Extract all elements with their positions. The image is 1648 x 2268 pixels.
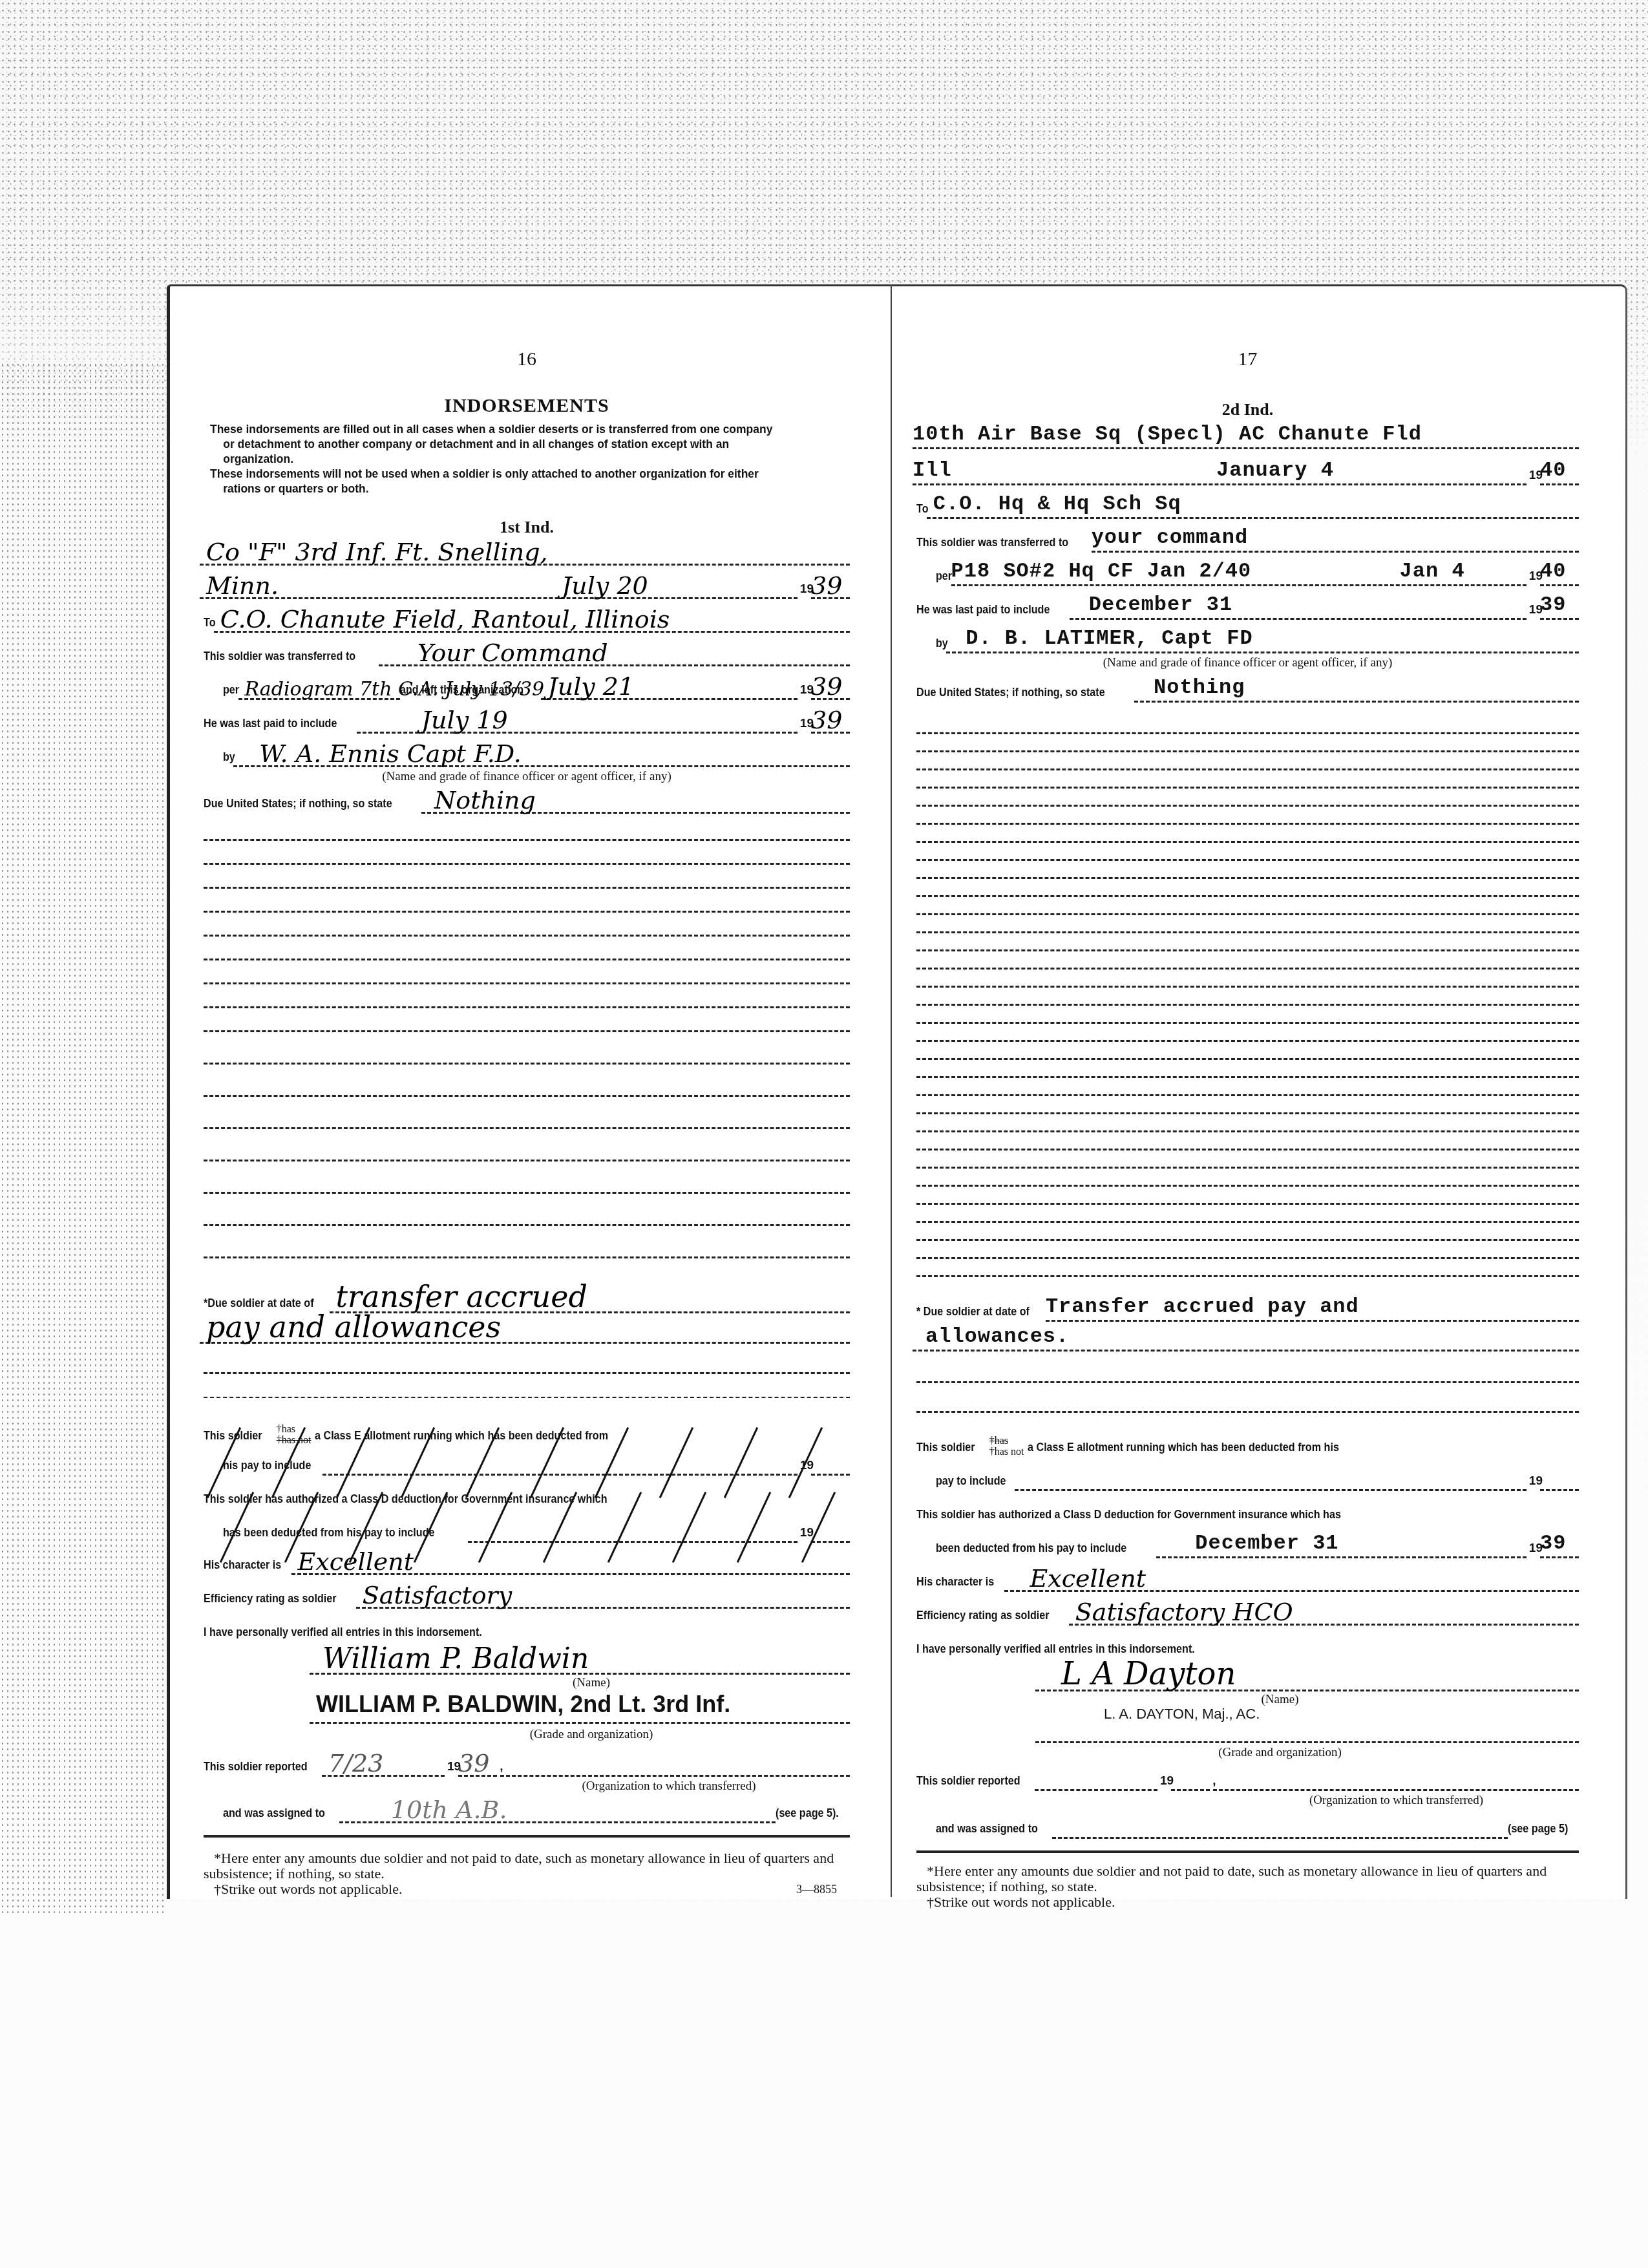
character-field[interactable]: Excellent [1004,1563,1579,1592]
by-field[interactable]: W. A. Ennis Capt F.D. [233,738,850,767]
last-paid-year-field[interactable]: 39 [811,705,850,734]
instruction-2: These indorsements will not be used when… [210,467,781,496]
from-value-2: Ill [913,458,952,482]
transferred-line: This soldier was transferred to your com… [916,524,1579,553]
to-line: To C.O. Hq & Hq Sch Sq [916,491,1579,519]
due-soldier-line: * Due soldier at date of Transfer accrue… [916,1293,1579,1322]
verified-text: I have personally verified all entries i… [204,1626,482,1642]
efficiency-field[interactable]: Satisfactory HCO [1069,1596,1579,1626]
due-soldier-line-2: pay and allowances [204,1315,850,1344]
blank-line[interactable] [916,823,1579,825]
reported-date-field[interactable] [1035,1762,1157,1791]
last-paid-value: July 19 [421,706,508,734]
left-org-year: 40 [1540,559,1566,583]
due-soldier-value-1: transfer accrued [336,1279,587,1314]
blank-line[interactable] [916,1149,1579,1150]
reported-year-field[interactable] [1171,1762,1210,1791]
class-d-line: This soldier has authorized a Class D de… [916,1496,1579,1525]
transferred-label: This soldier was transferred to [916,536,1068,553]
assigned-value: 10th A.B. [391,1796,507,1824]
page-16: 16 INDORSEMENTS These indorsements are f… [197,286,856,1899]
blank-line[interactable] [916,1094,1579,1096]
date-year-field[interactable]: 39 [811,570,850,599]
class-d-line-2-label: has been deducted from his pay to includ… [223,1526,435,1543]
last-paid-value: December 31 [1089,593,1232,617]
last-paid-field[interactable]: December 31 [1070,591,1527,620]
from-field-1[interactable]: 10th Air Base Sq (Specl) AC Chanute Fld [913,420,1579,449]
by-line: by W. A. Ennis Capt F.D. [223,739,850,767]
transferred-value: Your Command [417,639,608,667]
date-value: January 4 [1216,458,1334,482]
footnote-1: *Here enter any amounts due soldier and … [204,1850,850,1881]
due-soldier-value-2: pay and allowances [206,1309,501,1344]
assigned-suffix: (see page 5) [1508,1822,1568,1839]
due-soldier-field-1[interactable]: Transfer accrued pay and [1046,1293,1579,1322]
reported-year: 39 [458,1749,489,1777]
class-d-date-field[interactable]: December 31 [1156,1529,1527,1558]
blank-line[interactable] [916,913,1579,915]
assigned-line: and was assigned to 10th A.B. (see page … [223,1795,850,1823]
blank-line[interactable] [204,1256,850,1258]
grade-field[interactable]: WILLIAM P. BALDWIN, 2nd Lt. 3rd Inf. [310,1686,850,1724]
reported-label: This soldier reported [916,1774,1020,1791]
footer-rule [916,1850,1579,1853]
to-value: C.O. Chanute Field, Rantoul, Illinois [220,605,670,633]
character-value: Excellent [1030,1564,1146,1593]
efficiency-line: Efficiency rating as soldier Satisfactor… [204,1580,850,1609]
footer-rule [204,1835,850,1838]
footnote-2: †Strike out words not applicable. [916,1894,1579,1910]
verified-line: I have personally verified all entries i… [204,1614,850,1642]
due-us-line: Due United States; if nothing, so state … [204,785,850,814]
last-paid-line: He was last paid to include July 19 19 3… [204,705,850,734]
to-line: To C.O. Chanute Field, Rantoul, Illinois [204,604,850,633]
reported-line: This soldier reported 7/23 19 39 , [204,1748,850,1777]
blank-line[interactable] [916,768,1579,770]
verified-line: I have personally verified all entries i… [916,1631,1579,1659]
blank-line[interactable] [916,1381,1579,1383]
transferred-value: your command [1092,525,1248,549]
page-17: 17 2d Ind. 10th Air Base Sq (Specl) AC C… [910,286,1585,1899]
grade-line [1039,1715,1579,1743]
blank-line[interactable] [916,1203,1579,1205]
blank-line[interactable] [204,1030,850,1032]
blank-line[interactable] [916,968,1579,970]
from-line-1: Co "F" 3rd Inf. Ft. Snelling, [204,537,850,566]
from-field-2[interactable]: Minn. July 20 [200,570,798,599]
class-e-line-2-label: his pay to include [223,1459,311,1476]
last-paid-label: He was last paid to include [916,603,1050,620]
blank-line[interactable] [916,859,1579,861]
due-us-value: Nothing [1154,675,1245,699]
by-caption: (Name and grade of finance officer or ag… [910,656,1585,670]
class-d-line-2: been deducted from his pay to include De… [936,1530,1579,1558]
footnotes: *Here enter any amounts due soldier and … [204,1850,850,1897]
class-e-line: This soldier †has †has not a Class E all… [204,1411,850,1446]
blank-line[interactable] [204,935,850,937]
efficiency-value: Satisfactory HCO [1075,1598,1293,1626]
class-e-line: This soldier †has †has not a Class E all… [916,1423,1579,1457]
reported-line: This soldier reported 19 , [916,1763,1579,1791]
class-d-line-2: has been deducted from his pay to includ… [223,1514,850,1543]
blank-line[interactable] [204,1372,850,1374]
grade-line: WILLIAM P. BALDWIN, 2nd Lt. 3rd Inf. [313,1686,850,1724]
assigned-label: and was assigned to [223,1807,325,1823]
from-value-1: 10th Air Base Sq (Specl) AC Chanute Fld [913,422,1422,446]
last-paid-line: He was last paid to include December 31 … [916,591,1579,620]
has-option[interactable]: †has [277,1424,295,1435]
assigned-field[interactable]: 10th A.B. [339,1794,776,1823]
open-record-book: 16 INDORSEMENTS These indorsements are f… [167,284,1627,1899]
from-value-1: Co "F" 3rd Inf. Ft. Snelling, [206,538,548,566]
org-caption: (Organization to which transferred) [1207,1794,1585,1808]
blank-line[interactable] [916,750,1579,752]
section-divider [204,1397,850,1398]
org-caption: (Organization to which transferred) [481,1779,856,1794]
due-soldier-label: * Due soldier at date of [916,1305,1030,1322]
character-line: His character is Excellent [916,1563,1579,1592]
has-options: †has †has not [989,1436,1024,1457]
reported-value: 7/23 [328,1749,383,1777]
blank-line[interactable] [916,1167,1579,1169]
assigned-field[interactable] [1052,1810,1508,1839]
reported-org-field[interactable] [1213,1762,1579,1791]
per-value: P18 SO#2 Hq CF Jan 2/40 [951,559,1252,583]
grade-caption: (Grade and organization) [975,1746,1585,1760]
efficiency-field[interactable]: Satisfactory [356,1580,850,1609]
character-line: His character is Excellent [204,1547,850,1575]
blank-line[interactable] [916,1411,1579,1413]
due-us-label: Due United States; if nothing, so state [204,797,392,814]
efficiency-label: Efficiency rating as soldier [204,1592,337,1609]
book-spine [891,284,892,1897]
date-year: 39 [811,571,842,600]
efficiency-label: Efficiency rating as soldier [916,1609,1050,1626]
from-field-1[interactable]: Co "F" 3rd Inf. Ft. Snelling, [200,536,850,566]
last-paid-year: 39 [1540,593,1566,617]
blank-line[interactable] [916,1275,1579,1277]
has-option[interactable]: †has [989,1436,1008,1447]
indorsement-title: 1st Ind. [197,518,856,537]
blank-line[interactable] [916,1022,1579,1024]
class-e-date-field[interactable] [322,1447,797,1476]
signature-field[interactable]: William P. Baldwin [310,1646,850,1675]
blank-line[interactable] [916,805,1579,807]
from-line-1: 10th Air Base Sq (Specl) AC Chanute Fld [916,421,1579,449]
grade-field[interactable] [1035,1714,1579,1743]
blank-line[interactable] [204,1063,850,1065]
blank-line[interactable] [204,1160,850,1161]
from-field-2[interactable]: Ill January 4 [913,456,1527,485]
transferred-label: This soldier was transferred to [204,650,355,666]
blank-line[interactable] [204,982,850,984]
efficiency-value: Satisfactory [363,1581,512,1609]
assigned-suffix: (see page 5). [776,1807,839,1823]
signature-line: William P. Baldwin [313,1646,850,1675]
by-value: D. B. LATIMER, Capt FD [966,626,1252,650]
reported-org-field[interactable] [500,1748,850,1777]
by-line: by D. B. LATIMER, Capt FD [936,625,1579,653]
grade-caption: (Grade and organization) [326,1728,856,1742]
has-not-option[interactable]: †has not [277,1435,312,1446]
blank-line[interactable] [916,841,1579,843]
by-caption: (Name and grade of finance officer or ag… [197,770,856,784]
per-field[interactable]: Radiogram 7th C.A. July 13/39 [238,671,400,700]
from-value-2: Minn. [206,571,279,600]
left-org-label: and left this organization [400,683,523,700]
blank-line[interactable] [916,1076,1579,1078]
transferred-field[interactable]: your command [1092,524,1579,553]
by-field[interactable]: D. B. LATIMER, Capt FD [946,624,1579,653]
left-org-year: 39 [811,672,842,701]
character-label: His character is [916,1575,994,1592]
to-field[interactable]: C.O. Hq & Hq Sch Sq [927,490,1579,519]
per-label: per [223,683,239,700]
character-value: Excellent [298,1547,414,1576]
last-paid-field[interactable]: July 19 [357,705,798,734]
blank-line[interactable] [204,1127,850,1129]
per-line: per P18 SO#2 Hq CF Jan 2/40 Jan 4 19 40 [936,558,1579,586]
blank-line[interactable] [204,839,850,841]
assigned-label: and was assigned to [936,1822,1038,1839]
blank-line[interactable] [204,863,850,865]
due-soldier-line-2: allowances. [916,1323,1579,1351]
class-d-line: This soldier has authorized a Class D de… [204,1481,850,1509]
blank-line[interactable] [916,1221,1579,1223]
by-value: W. A. Ennis Capt F.D. [259,739,522,768]
class-e-line-2: pay to include 19 [936,1463,1579,1491]
instructions: These indorsements are filled out in all… [210,422,781,496]
left-org-field[interactable]: Jan 4 [1309,557,1527,586]
date-value: July 20 [562,571,648,600]
due-soldier-value-2: allowances. [925,1324,1069,1348]
form-number: 3—8855 [796,1883,837,1896]
blank-line[interactable] [916,1130,1579,1132]
blank-line[interactable] [916,732,1579,734]
class-e-prefix: This soldier [916,1441,975,1457]
blank-line[interactable] [916,1040,1579,1042]
class-e-text: a Class E allotment running which has be… [1028,1441,1339,1457]
per-label: per [936,569,952,586]
footnotes: *Here enter any amounts due soldier and … [916,1863,1579,1910]
signature-line: L A Dayton [1039,1663,1579,1691]
reported-date-field[interactable]: 7/23 [322,1748,445,1777]
from-line-2: Ill January 4 19 40 [916,457,1579,485]
date-year-field[interactable]: 40 [1540,456,1579,485]
scan-noise-left-margin [0,362,167,1913]
per-line: per Radiogram 7th C.A. July 13/39 and le… [223,672,850,700]
class-d-text: This soldier has authorized a Class D de… [204,1492,607,1509]
class-d-line-2-label: been deducted from his pay to include [936,1542,1126,1558]
character-field[interactable]: Excellent [291,1546,850,1575]
blank-line[interactable] [204,959,850,960]
blank-line[interactable] [916,1112,1579,1114]
reported-year-field[interactable]: 39 [458,1748,497,1777]
name-caption: (Name) [975,1693,1585,1707]
blank-line[interactable] [916,1185,1579,1187]
due-us-label: Due United States; if nothing, so state [916,686,1105,703]
due-soldier-value-1: Transfer accrued pay and [1046,1295,1359,1319]
due-soldier-field-2[interactable]: allowances. [913,1322,1579,1351]
due-us-field[interactable]: Nothing [421,785,850,814]
signature: L A Dayton [1061,1656,1236,1692]
class-e-line-2: his pay to include 19 [223,1447,850,1476]
footnote-2: †Strike out words not applicable. [204,1881,850,1897]
class-d-year-field[interactable]: 39 [1540,1529,1579,1558]
blank-line[interactable] [204,1224,850,1226]
blank-line[interactable] [916,1239,1579,1241]
class-e-text: a Class E allotment running which has be… [315,1429,608,1446]
page-number: 17 [910,348,1585,370]
indorsement-title: 2d Ind. [910,400,1585,419]
class-e-year-field[interactable] [811,1447,850,1476]
last-paid-year-field[interactable]: 39 [1540,591,1579,620]
last-paid-label: He was last paid to include [204,717,337,734]
efficiency-line: Efficiency rating as soldier Satisfactor… [916,1597,1579,1626]
class-e-date-field[interactable] [1015,1462,1527,1491]
blank-line[interactable] [916,986,1579,988]
blank-line[interactable] [916,931,1579,933]
page-heading: INDORSEMENTS [197,395,856,417]
class-e-year-field[interactable] [1540,1462,1579,1491]
blank-line[interactable] [916,1058,1579,1060]
grade-stamp: WILLIAM P. BALDWIN, 2nd Lt. 3rd Inf. [316,1691,730,1718]
blank-line[interactable] [204,887,850,889]
to-field[interactable]: C.O. Chanute Field, Rantoul, Illinois [214,604,850,633]
has-not-option[interactable]: †has not [989,1447,1024,1457]
date-year: 40 [1540,458,1566,482]
footnote-1: *Here enter any amounts due soldier and … [916,1863,1579,1894]
left-org-year-field[interactable]: 39 [811,671,850,700]
left-org-field[interactable]: July 21 [541,671,797,700]
blank-line[interactable] [204,1006,850,1008]
assigned-line: and was assigned to (see page 5) [936,1810,1579,1839]
class-d-text: This soldier has authorized a Class D de… [916,1508,1341,1525]
character-label: His character is [204,1558,281,1575]
signature: William P. Baldwin [322,1642,589,1675]
left-org-value: July 21 [547,672,634,701]
signature-field[interactable]: L A Dayton [1035,1662,1579,1691]
due-us-value: Nothing [434,786,536,814]
class-d-year: 39 [1540,1531,1566,1555]
blank-line[interactable] [204,911,850,913]
blank-line[interactable] [204,1095,850,1097]
class-d-value: December 31 [1195,1531,1338,1555]
blank-line[interactable] [204,1192,850,1194]
due-us-field[interactable]: Nothing [1134,673,1579,703]
last-paid-year: 39 [811,706,842,734]
due-us-line: Due United States; if nothing, so state … [916,674,1579,703]
per-field[interactable]: P18 SO#2 Hq CF Jan 2/40 [951,557,1313,586]
due-soldier-field-2[interactable]: pay and allowances [200,1315,850,1344]
reported-label: This soldier reported [204,1760,308,1777]
blank-line[interactable] [916,1257,1579,1259]
blank-line[interactable] [916,1004,1579,1006]
blank-line[interactable] [916,949,1579,951]
from-line-2: Minn. July 20 19 39 [204,571,850,599]
left-org-value: Jan 4 [1400,559,1465,583]
class-e-line-2-label: pay to include [936,1474,1006,1491]
blank-line[interactable] [916,877,1579,879]
blank-line[interactable] [916,787,1579,789]
to-value: C.O. Hq & Hq Sch Sq [933,492,1181,516]
has-options: †has †has not [277,1424,312,1446]
page-number: 16 [197,348,856,370]
instruction-1: These indorsements are filled out in all… [210,422,781,467]
left-org-year-field[interactable]: 40 [1540,557,1579,586]
transferred-field[interactable]: Your Command [379,637,850,666]
blank-line[interactable] [916,895,1579,897]
transferred-line: This soldier was transferred to Your Com… [204,638,850,666]
